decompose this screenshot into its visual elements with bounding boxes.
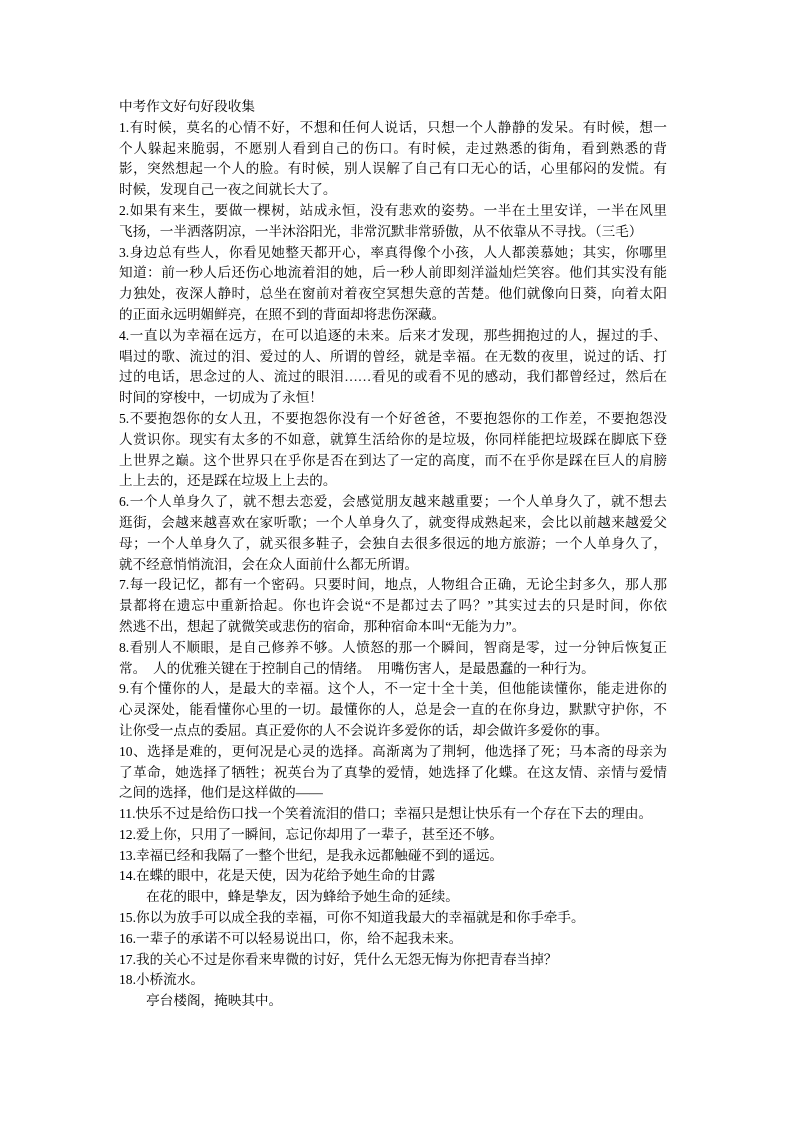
- text-line: 就不经意悄悄流泪，会在众人面前什么都无所谓。: [119, 555, 667, 576]
- text-line: 景都将在遗忘中重新拾起。你也许会说“不是都过去了吗？”其实过去的只是时间，你依: [119, 596, 667, 617]
- text-line: 的正面永远明媚鲜亮，在照不到的背面却将悲伤深藏。: [119, 305, 667, 326]
- text-line: 18.小桥流水。: [119, 970, 667, 991]
- text-line: 4.一直以为幸福在远方，在可以追逐的未来。后来才发现，那些拥抱过的人，握过的手、: [119, 326, 667, 347]
- text-line: 3.身边总有些人，你看见她整天都开心，率真得像个小孩，人人都羡慕她；其实，你哪里: [119, 243, 667, 264]
- text-line: 15.你以为放手可以成全我的幸福，可你不知道我最大的幸福就是和你手牵手。: [119, 908, 667, 929]
- text-line: 影，突然想起一个人的脸。有时候，别人误解了自己有口无心的话，心里郁闷的发慌。有: [119, 159, 667, 180]
- text-line: 飞扬，一半洒落阴凉，一半沐浴阳光，非常沉默非常骄傲，从不依靠从不寻找。（三毛）: [119, 222, 667, 243]
- paragraph: 在花的眼中，蜂是挚友，因为蜂给予她生命的延续。: [119, 887, 667, 908]
- paragraph: 16.一辈子的承诺不可以轻易说出口，你，给不起我未来。: [119, 929, 667, 950]
- paragraph: 17.我的关心不过是你看来卑微的讨好，凭什么无怨无悔为你把青春当掉？: [119, 950, 667, 971]
- text-line: 10、选择是难的，更何况是心灵的选择。高渐离为了荆轲，他选择了死；马本斋的母亲为: [119, 742, 667, 763]
- paragraph: 14.在蝶的眼中，花是天使，因为花给予她生命的甘露: [119, 866, 667, 887]
- text-line: 6.一个人单身久了，就不想去恋爱，会感觉朋友越来越重要；一个人单身久了，就不想去: [119, 492, 667, 513]
- text-line: 在花的眼中，蜂是挚友，因为蜂给予她生命的延续。: [119, 887, 667, 908]
- text-line: 力独处，夜深人静时，总坐在窗前对着夜空冥想失意的苦楚。他们就像向日葵，向着太阳: [119, 284, 667, 305]
- text-line: 1.有时候，莫名的心情不好，不想和任何人说话，只想一个人静静的发呆。有时候，想一: [119, 118, 667, 139]
- text-line: 之间的选择，他们是这样做的——: [119, 783, 667, 804]
- document-title: 中考作文好句好段收集: [119, 97, 667, 118]
- text-line: 了革命，她选择了牺牲；祝英台为了真挚的爱情，她选择了化蝶。在这友情、亲情与爱情: [119, 763, 667, 784]
- text-line: 然逃不出，想起了就微笑或悲伤的宿命，那种宿命本叫“无能为力”。: [119, 617, 667, 638]
- text-line: 知道：前一秒人后还伤心地流着泪的她，后一秒人前即刻洋溢灿烂笑容。他们其实没有能: [119, 263, 667, 284]
- paragraph: 15.你以为放手可以成全我的幸福，可你不知道我最大的幸福就是和你手牵手。: [119, 908, 667, 929]
- text-line: 11.快乐不过是给伤口找一个笑着流泪的借口；幸福只是想让快乐有一个存在下去的理由…: [119, 804, 667, 825]
- text-line: 14.在蝶的眼中，花是天使，因为花给予她生命的甘露: [119, 866, 667, 887]
- text-line: 亭台楼阁，掩映其中。: [119, 991, 667, 1012]
- paragraph: 8.看别人不顺眼，是自己修养不够。人愤怒的那一个瞬间，智商是零，过一分钟后恢复正…: [119, 638, 667, 680]
- text-line: 7.每一段记忆，都有一个密码。只要时间，地点，人物组合正确，无论尘封多久，那人那: [119, 575, 667, 596]
- text-line: 8.看别人不顺眼，是自己修养不够。人愤怒的那一个瞬间，智商是零，过一分钟后恢复正: [119, 638, 667, 659]
- text-line: 5.不要抱怨你的女人丑，不要抱怨你没有一个好爸爸，不要抱怨你的工作差，不要抱怨没: [119, 409, 667, 430]
- text-line: 心灵深处，能看懂你心里的一切。最懂你的人，总是会一直的在你身边，默默守护你，不: [119, 700, 667, 721]
- text-line: 时候，发现自己一夜之间就长大了。: [119, 180, 667, 201]
- text-line: 17.我的关心不过是你看来卑微的讨好，凭什么无怨无悔为你把青春当掉？: [119, 950, 667, 971]
- text-line: 上上去的，还是踩在垃圾上上去的。: [119, 471, 667, 492]
- paragraph: 11.快乐不过是给伤口找一个笑着流泪的借口；幸福只是想让快乐有一个存在下去的理由…: [119, 804, 667, 825]
- text-line: 上世界之巅。这个世界只在乎你是否在到达了一定的高度，而不在乎你是踩在巨人的肩膀: [119, 451, 667, 472]
- text-line: 人赏识你。现实有太多的不如意，就算生活给你的是垃圾，你同样能把垃圾踩在脚底下登: [119, 430, 667, 451]
- text-line: 2.如果有来生，要做一棵树，站成永恒，没有悲欢的姿势。一半在土里安详，一半在风里: [119, 201, 667, 222]
- paragraph: 亭台楼阁，掩映其中。: [119, 991, 667, 1012]
- text-line: 母；一个人单身久了，就买很多鞋子，会独自去很多很远的地方旅游；一个人单身久了，: [119, 534, 667, 555]
- text-line: 12.爱上你，只用了一瞬间，忘记你却用了一辈子，甚至还不够。: [119, 825, 667, 846]
- paragraph: 10、选择是难的，更何况是心灵的选择。高渐离为了荆轲，他选择了死；马本斋的母亲为…: [119, 742, 667, 804]
- text-line: 让你受一点点的委屈。真正爱你的人不会说许多爱你的话，却会做许多爱你的事。: [119, 721, 667, 742]
- paragraph: 18.小桥流水。: [119, 970, 667, 991]
- paragraph: 3.身边总有些人，你看见她整天都开心，率真得像个小孩，人人都羡慕她；其实，你哪里…: [119, 243, 667, 326]
- paragraph: 13.幸福已经和我隔了一整个世纪，是我永远都触碰不到的遥远。: [119, 846, 667, 867]
- paragraph: 1.有时候，莫名的心情不好，不想和任何人说话，只想一个人静静的发呆。有时候，想一…: [119, 118, 667, 201]
- text-line: 9.有个懂你的人，是最大的幸福。这个人，不一定十全十美，但他能读懂你，能走进你的: [119, 679, 667, 700]
- paragraph: 5.不要抱怨你的女人丑，不要抱怨你没有一个好爸爸，不要抱怨你的工作差，不要抱怨没…: [119, 409, 667, 492]
- text-line: 过的电话，思念过的人、流过的眼泪……看见的或看不见的感动，我们都曾经过，然后在: [119, 367, 667, 388]
- text-line: 常。 人的优雅关键在于控制自己的情绪。 用嘴伤害人，是最愚蠢的一种行为。: [119, 659, 667, 680]
- text-line: 时间的穿梭中，一切成为了永恒！: [119, 388, 667, 409]
- paragraph: 12.爱上你，只用了一瞬间，忘记你却用了一辈子，甚至还不够。: [119, 825, 667, 846]
- paragraphs: 1.有时候，莫名的心情不好，不想和任何人说话，只想一个人静静的发呆。有时候，想一…: [119, 118, 667, 1012]
- text-line: 个人躲起来脆弱，不愿别人看到自己的伤口。有时候，走过熟悉的街角，看到熟悉的背: [119, 139, 667, 160]
- text-line: 唱过的歌、流过的泪、爱过的人、所谓的曾经，就是幸福。在无数的夜里，说过的话、打: [119, 347, 667, 368]
- text-line: 16.一辈子的承诺不可以轻易说出口，你，给不起我未来。: [119, 929, 667, 950]
- paragraph: 7.每一段记忆，都有一个密码。只要时间，地点，人物组合正确，无论尘封多久，那人那…: [119, 575, 667, 637]
- text-line: 逛街，会越来越喜欢在家听歌；一个人单身久了，就变得成熟起来，会比以前越来越爱父: [119, 513, 667, 534]
- paragraph: 9.有个懂你的人，是最大的幸福。这个人，不一定十全十美，但他能读懂你，能走进你的…: [119, 679, 667, 741]
- text-line: 13.幸福已经和我隔了一整个世纪，是我永远都触碰不到的遥远。: [119, 846, 667, 867]
- paragraph: 6.一个人单身久了，就不想去恋爱，会感觉朋友越来越重要；一个人单身久了，就不想去…: [119, 492, 667, 575]
- paragraph: 2.如果有来生，要做一棵树，站成永恒，没有悲欢的姿势。一半在土里安详，一半在风里…: [119, 201, 667, 243]
- document-page: 中考作文好句好段收集 1.有时候，莫名的心情不好，不想和任何人说话，只想一个人静…: [0, 0, 794, 1123]
- document-content: 中考作文好句好段收集 1.有时候，莫名的心情不好，不想和任何人说话，只想一个人静…: [119, 97, 667, 1012]
- paragraph: 4.一直以为幸福在远方，在可以追逐的未来。后来才发现，那些拥抱过的人，握过的手、…: [119, 326, 667, 409]
